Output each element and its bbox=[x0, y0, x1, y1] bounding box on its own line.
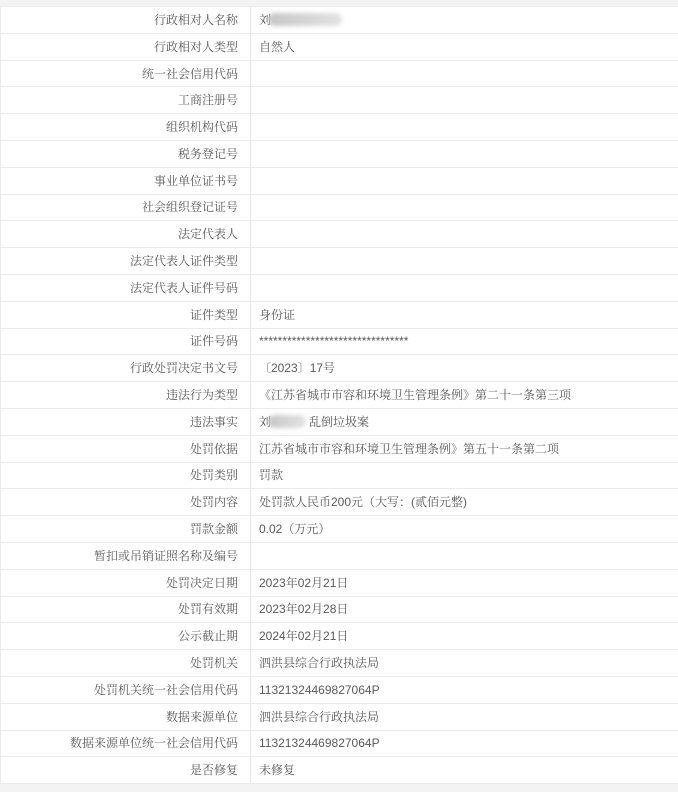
value-text: 身份证 bbox=[259, 302, 295, 328]
table-row: 处罚有效期2023年02月28日 bbox=[1, 597, 678, 624]
value-text: 江苏省城市市容和环境卫生管理条例》第五十一条第二项 bbox=[259, 436, 559, 462]
field-value: 11321324469827064P bbox=[251, 677, 678, 703]
table-row: 公示截止期2024年02月21日 bbox=[1, 623, 678, 650]
field-label: 处罚机关统一社会信用代码 bbox=[1, 677, 251, 703]
field-label: 证件类型 bbox=[1, 302, 251, 328]
value-text: 自然人 bbox=[259, 34, 295, 60]
value-text: 乱倒垃圾案 bbox=[309, 409, 369, 435]
field-value: 江苏省城市市容和环境卫生管理条例》第五十一条第二项 bbox=[251, 436, 678, 462]
field-label: 税务登记号 bbox=[1, 141, 251, 167]
field-label: 数据来源单位统一社会信用代码 bbox=[1, 731, 251, 757]
field-label: 证件号码 bbox=[1, 329, 251, 355]
table-row: 证件类型身份证 bbox=[1, 302, 678, 329]
field-label: 处罚内容 bbox=[1, 489, 251, 515]
field-value: 11321324469827064P bbox=[251, 730, 678, 756]
table-row: 罚款金额0.02（万元） bbox=[1, 516, 678, 543]
field-value: 处罚款人民币200元（大写：(贰佰元整) bbox=[251, 489, 678, 515]
table-row: 法定代表人证件类型 bbox=[1, 248, 678, 275]
field-value: 2023年02月28日 bbox=[251, 596, 678, 622]
value-text: ******************************** bbox=[259, 328, 408, 354]
table-row: 法定代表人 bbox=[1, 221, 678, 248]
field-value: 刘 bbox=[251, 7, 678, 33]
table-row: 工商注册号 bbox=[1, 87, 678, 114]
table-row: 行政相对人类型自然人 bbox=[1, 34, 678, 61]
table-row: 暂扣或吊销证照名称及编号 bbox=[1, 543, 678, 570]
table-row: 处罚机关统一社会信用代码11321324469827064P bbox=[1, 677, 678, 704]
value-text: 2023年02月21日 bbox=[259, 570, 348, 596]
field-label: 处罚类别 bbox=[1, 463, 251, 489]
field-label: 罚款金额 bbox=[1, 516, 251, 542]
field-value: ******************************** bbox=[251, 328, 678, 354]
field-label: 处罚决定日期 bbox=[1, 570, 251, 596]
field-label: 行政处罚决定书文号 bbox=[1, 355, 251, 381]
value-text: 〔2023〕17号 bbox=[259, 355, 335, 381]
table-row: 税务登记号 bbox=[1, 141, 678, 168]
value-text: 处罚款人民币200元（大写：(贰佰元整) bbox=[259, 489, 467, 515]
table-row: 数据来源单位泗洪县综合行政执法局 bbox=[1, 704, 678, 731]
table-row: 处罚类别罚款 bbox=[1, 463, 678, 490]
penalty-record-table: 行政相对人名称刘行政相对人类型自然人统一社会信用代码工商注册号组织机构代码税务登… bbox=[0, 6, 678, 784]
value-text: 11321324469827064P bbox=[259, 730, 380, 756]
field-value: 罚款 bbox=[251, 462, 678, 488]
redaction-blur bbox=[268, 415, 306, 428]
field-label: 暂扣或吊销证照名称及编号 bbox=[1, 543, 251, 569]
value-text: 未修复 bbox=[259, 757, 295, 783]
field-label: 法定代表人证件类型 bbox=[1, 248, 251, 274]
value-text: 2024年02月21日 bbox=[259, 623, 348, 649]
field-label: 数据来源单位 bbox=[1, 704, 251, 730]
field-label: 违法行为类型 bbox=[1, 382, 251, 408]
table-row: 违法行为类型《江苏省城市市容和环境卫生管理条例》第二十一条第三项 bbox=[1, 382, 678, 409]
field-label: 处罚依据 bbox=[1, 436, 251, 462]
table-row: 处罚依据江苏省城市市容和环境卫生管理条例》第五十一条第二项 bbox=[1, 436, 678, 463]
field-label: 行政相对人类型 bbox=[1, 34, 251, 60]
table-row: 法定代表人证件号码 bbox=[1, 275, 678, 302]
field-label: 社会组织登记证号 bbox=[1, 195, 251, 221]
field-label: 处罚有效期 bbox=[1, 597, 251, 623]
value-text: 泗洪县综合行政执法局 bbox=[259, 650, 379, 676]
field-value: 未修复 bbox=[251, 757, 678, 783]
table-row: 数据来源单位统一社会信用代码11321324469827064P bbox=[1, 731, 678, 758]
table-row: 事业单位证书号 bbox=[1, 168, 678, 195]
table-row: 处罚机关泗洪县综合行政执法局 bbox=[1, 650, 678, 677]
table-row: 处罚内容处罚款人民币200元（大写：(贰佰元整) bbox=[1, 489, 678, 516]
field-label: 事业单位证书号 bbox=[1, 168, 251, 194]
field-value: 身份证 bbox=[251, 302, 678, 328]
table-row: 违法事实刘乱倒垃圾案 bbox=[1, 409, 678, 436]
field-label: 是否修复 bbox=[1, 757, 251, 783]
table-row: 处罚决定日期2023年02月21日 bbox=[1, 570, 678, 597]
value-text: 泗洪县综合行政执法局 bbox=[259, 704, 379, 730]
field-label: 统一社会信用代码 bbox=[1, 61, 251, 87]
field-label: 法定代表人 bbox=[1, 221, 251, 247]
field-value: 《江苏省城市市容和环境卫生管理条例》第二十一条第三项 bbox=[251, 382, 678, 408]
field-value: 泗洪县综合行政执法局 bbox=[251, 650, 678, 676]
table-row: 行政相对人名称刘 bbox=[1, 7, 678, 34]
table-row: 组织机构代码 bbox=[1, 114, 678, 141]
table-row: 统一社会信用代码 bbox=[1, 61, 678, 88]
value-text: 11321324469827064P bbox=[259, 677, 380, 703]
table-row: 社会组织登记证号 bbox=[1, 195, 678, 222]
field-label: 行政相对人名称 bbox=[1, 7, 251, 33]
field-value: 〔2023〕17号 bbox=[251, 355, 678, 381]
table-row: 证件号码******************************** bbox=[1, 329, 678, 356]
field-label: 公示截止期 bbox=[1, 623, 251, 649]
redaction-blur bbox=[268, 13, 342, 26]
field-label: 工商注册号 bbox=[1, 87, 251, 113]
value-text: 2023年02月28日 bbox=[259, 596, 348, 622]
field-value: 泗洪县综合行政执法局 bbox=[251, 704, 678, 730]
table-row: 行政处罚决定书文号〔2023〕17号 bbox=[1, 355, 678, 382]
value-text: 《江苏省城市市容和环境卫生管理条例》第二十一条第三项 bbox=[259, 382, 571, 408]
field-label: 法定代表人证件号码 bbox=[1, 275, 251, 301]
field-value: 2024年02月21日 bbox=[251, 623, 678, 649]
field-value: 0.02（万元） bbox=[251, 516, 678, 542]
field-label: 处罚机关 bbox=[1, 650, 251, 676]
value-text: 0.02（万元） bbox=[259, 516, 330, 542]
field-value: 自然人 bbox=[251, 34, 678, 60]
value-text: 罚款 bbox=[259, 462, 283, 488]
field-label: 组织机构代码 bbox=[1, 114, 251, 140]
field-value: 2023年02月21日 bbox=[251, 570, 678, 596]
table-row: 是否修复未修复 bbox=[1, 757, 678, 784]
field-label: 违法事实 bbox=[1, 409, 251, 435]
field-value: 刘乱倒垃圾案 bbox=[251, 409, 678, 435]
